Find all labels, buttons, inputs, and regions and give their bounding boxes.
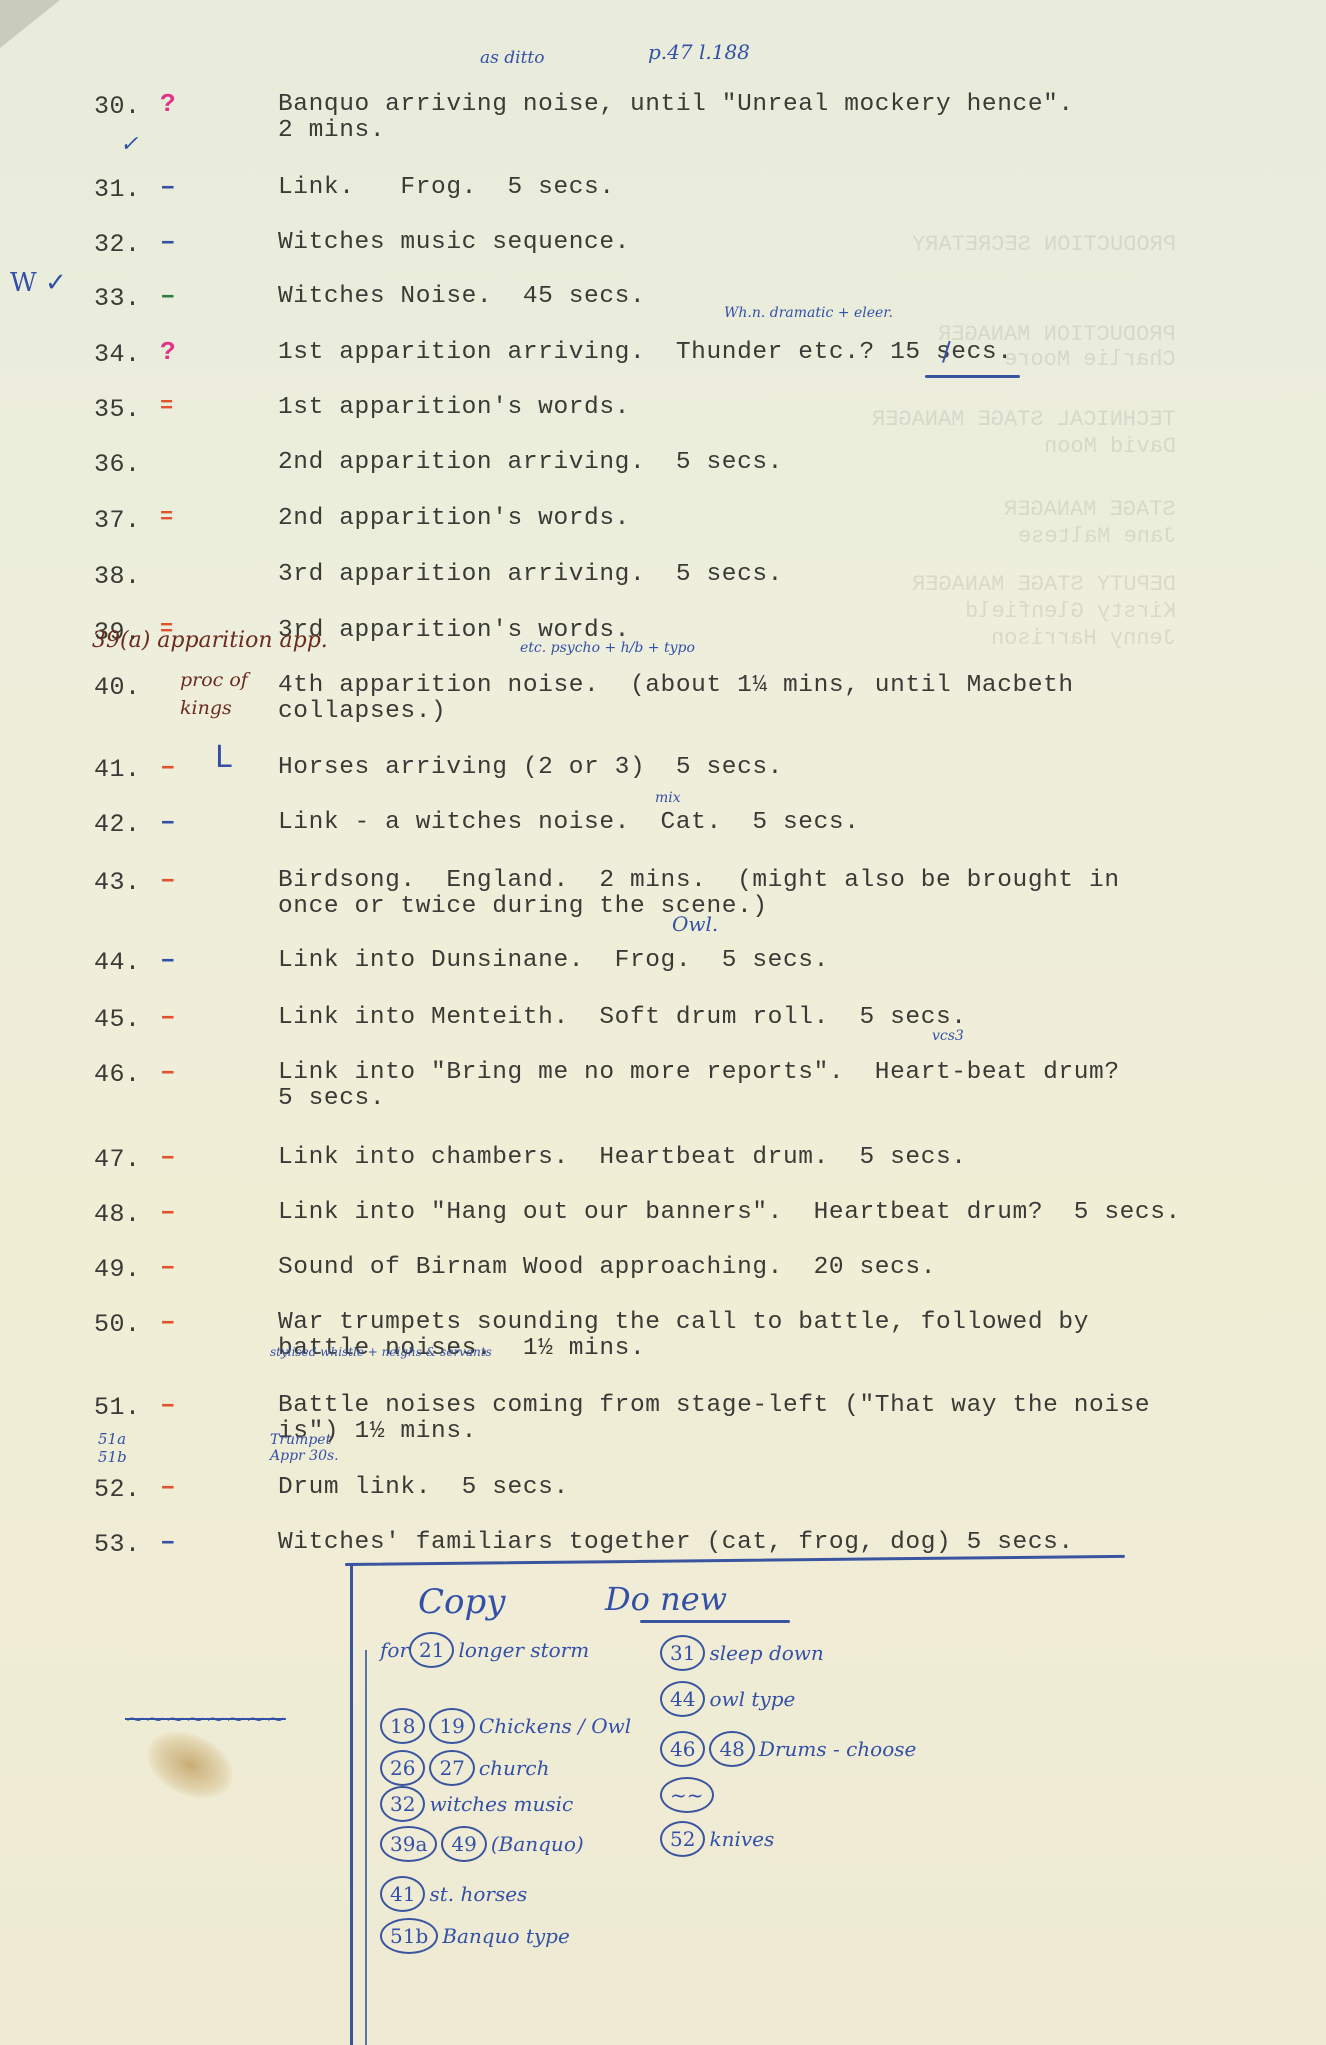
cue-number: 41. [94,755,141,784]
annotation-40: etc. psycho + h/b + typo [520,640,695,656]
circled-cue-number: 49 [441,1826,486,1862]
folded-corner [0,0,60,48]
cue-status-mark: – [160,810,176,834]
cue-status-mark: – [160,948,176,972]
cue-number: 42. [94,810,141,839]
notes-item: 51bBanquo type [380,1918,640,1954]
cue-description: Witches' familiars together (cat, frog, … [278,1530,1074,1556]
circled-cue-number: 27 [429,1750,474,1786]
annotation-trumpet: Trumpet Appr 30s. [270,1432,360,1464]
notes-item: 52knives [660,1821,1120,1857]
notes-box-inner-line [365,1650,367,2045]
cue-status-mark: = [160,506,173,530]
circled-cue-number: 44 [660,1681,705,1717]
cue-number: 40. [94,673,141,702]
annotation-underline [925,375,1020,378]
cue-description: 3rd apparition arriving. 5 secs. [278,562,783,588]
annotation-under-50: stylised whistle + neighs & servants [270,1345,492,1359]
annotation-34: Wh.n. dramatic + eleer. [724,305,893,321]
circled-cue-number: 19 [429,1708,474,1744]
circled-cue-number: 39a [380,1826,437,1862]
cue-description: Link into "Hang out our banners". Heartb… [278,1200,1181,1226]
circled-cue-number: 21 [409,1632,454,1668]
notes-item: 4648Drums - choose [660,1731,1120,1767]
circled-cue-number: 46 [660,1731,705,1767]
cue-status-mark: = [160,395,173,419]
annotation-l: L [215,740,232,775]
cue-description: 2nd apparition's words. [278,506,630,532]
cue-number: 31. [94,175,141,204]
cue-description: Sound of Birnam Wood approaching. 20 sec… [278,1255,936,1281]
cue-number: 45. [94,1005,141,1034]
circled-cue-number: ~~ [660,1777,714,1813]
cue-number: 37. [94,506,141,535]
notes-copy-column: for21longer storm1819Chickens / Owl2627c… [380,1632,640,1954]
cue-number: 44. [94,948,141,977]
check-icon: ✓ [120,132,138,157]
circled-cue-number: 52 [660,1821,705,1857]
cue-number: 49. [94,1255,141,1284]
notes-item: for21longer storm [380,1632,640,1668]
cue-number: 46. [94,1060,141,1089]
cue-number: 53. [94,1530,141,1559]
circled-cue-number: 51b [380,1918,438,1954]
cue-description: Link into Dunsinane. Frog. 5 secs. [278,948,829,974]
notes-box-left-line [350,1565,353,2045]
bleed-through-line: Charlie Moore [1004,345,1176,375]
cue-status-mark: – [160,755,176,779]
bleed-through-line: Jenny Harrison [991,624,1176,654]
bleed-through-line: PRODUCTION SECRETARY [912,230,1176,260]
cue-number: 32. [94,230,141,259]
annotation-w-check: W ✓ [10,268,67,298]
cue-description: Link. Frog. 5 secs. [278,175,615,201]
cue-number: 30. [94,92,141,121]
notes-heading-underline [640,1620,790,1623]
notes-item: 2627church [380,1750,640,1786]
circled-cue-number: 32 [380,1786,425,1822]
annotation-mix: mix [655,790,681,806]
cue-description: Drum link. 5 secs. [278,1475,569,1501]
cue-status-mark: – [160,1255,176,1279]
annotation-34-stroke: / [942,337,951,367]
cue-description: Witches music sequence. [278,230,630,256]
cue-number: 34. [94,340,141,369]
cue-number: 48. [94,1200,141,1229]
cue-status-mark: – [160,230,176,254]
annotation-as-ditto: as ditto [480,48,544,68]
cue-number: 33. [94,284,141,313]
cue-status-mark: – [160,1145,176,1169]
cue-number: 50. [94,1310,141,1339]
cue-status-mark: – [160,1393,176,1417]
cue-description: Link into chambers. Heartbeat drum. 5 se… [278,1145,967,1171]
cue-status-mark: – [160,1310,176,1334]
cue-description: 1st apparition arriving. Thunder etc.? 1… [278,340,1013,366]
annotation-51a: 51a [98,1430,126,1448]
cue-status-mark: ? [160,92,176,116]
circled-cue-number: 48 [709,1731,754,1767]
annotation-39a: 39(a) apparition app. [92,628,328,653]
cue-number: 35. [94,395,141,424]
bleed-through-line: Jane Maltese [1018,522,1176,552]
crossed-out-scribble: ~~~~~~~~ [125,1705,286,1733]
bleed-through-line: Kirsty Glenfield [965,597,1176,627]
notes-do-new-column: 31sleep down44owl type4648Drums - choose… [660,1635,1120,1857]
annotation-51b: 51b [98,1448,127,1466]
circled-cue-number: 41 [380,1876,425,1912]
cue-status-mark: – [160,1060,176,1084]
notes-item: 41st. horses [380,1876,640,1912]
cue-number: 51. [94,1393,141,1422]
cue-status-mark: – [160,1530,176,1554]
cue-description: Horses arriving (2 or 3) 5 secs. [278,755,783,781]
cue-number: 52. [94,1475,141,1504]
cue-number: 43. [94,868,141,897]
bleed-through-line: TECHNICAL STAGE MANAGER [872,405,1176,435]
cue-description: Link into Menteith. Soft drum roll. 5 se… [278,1005,967,1031]
cue-number: 47. [94,1145,141,1174]
notes-item: 1819Chickens / Owl [380,1708,640,1744]
bleed-through-line: STAGE MANAGER [1004,495,1176,525]
cue-description: 2nd apparition arriving. 5 secs. [278,450,783,476]
notes-item: 32witches music [380,1786,640,1822]
notes-item: 39a49(Banquo) [380,1826,640,1862]
cue-status-mark: ? [160,340,176,364]
notes-box-top-line [345,1555,1125,1566]
annotation-procession: proc of kings [180,666,270,722]
circled-cue-number: 31 [660,1635,705,1671]
cue-number: 38. [94,562,141,591]
notes-item: 31sleep down [660,1635,1120,1671]
notes-item: 44owl type [660,1681,1120,1717]
annotation-page-ref: p.47 l.188 [648,40,750,64]
cue-status-mark: – [160,175,176,199]
cue-description: Link - a witches noise. Cat. 5 secs. [278,810,860,836]
annotation-vcs3: vcs3 [932,1028,964,1044]
annotation-owl: Owl. [672,912,718,936]
cue-description: 1st apparition's words. [278,395,630,421]
bleed-through-line: David Moon [1044,432,1176,462]
cue-description: Banquo arriving noise, until "Unreal moc… [278,92,1074,144]
bleed-through-line: DEPUTY STAGE MANAGER [912,570,1176,600]
circled-cue-number: 18 [380,1708,425,1744]
cue-status-mark: – [160,1200,176,1224]
circled-cue-number: 26 [380,1750,425,1786]
cue-status-mark: – [160,868,176,892]
cue-status-mark: – [160,1005,176,1029]
notes-heading-do-new: Do new [605,1580,727,1618]
notes-heading-copy: Copy [418,1582,505,1622]
cue-description: Link into "Bring me no more reports". He… [278,1060,1120,1112]
cue-status-mark: – [160,1475,176,1499]
cue-description: Witches Noise. 45 secs. [278,284,645,310]
cue-description: 4th apparition noise. (about 1¼ mins, un… [278,673,1074,725]
notes-item: ~~ [660,1777,1120,1813]
cue-number: 36. [94,450,141,479]
cue-description: Battle noises coming from stage-left ("T… [278,1393,1150,1445]
cue-status-mark: – [160,284,176,308]
